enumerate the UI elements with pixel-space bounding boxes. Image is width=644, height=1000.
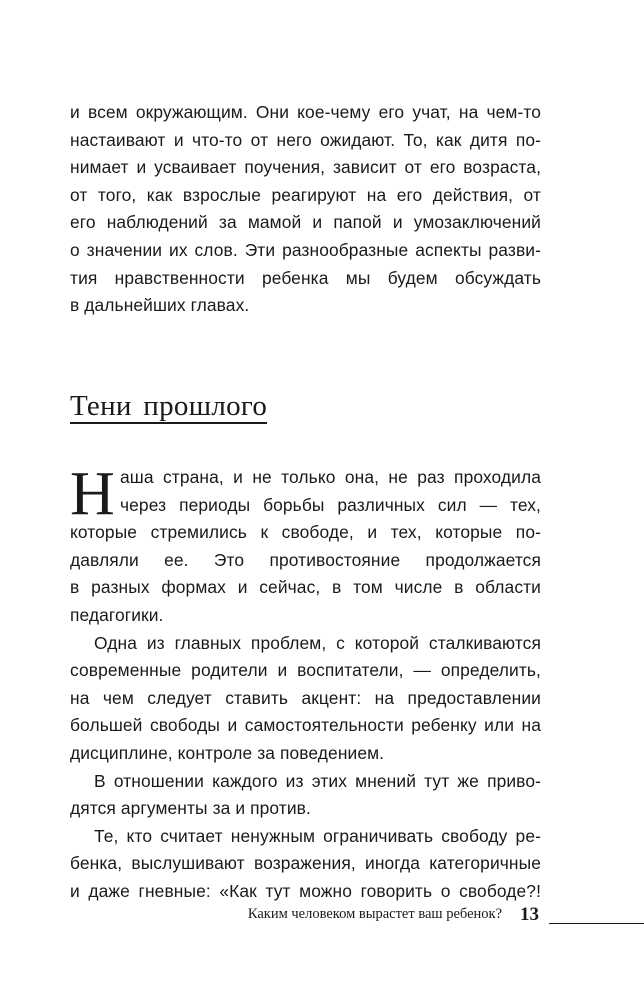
text-line: современные родители и воспитатели, — оп… (70, 657, 541, 685)
text-line: Одна из главных проблем, с которой сталк… (70, 630, 541, 658)
book-page: и всем окружающим. Они кое-чему его учат… (0, 0, 644, 1000)
paragraph-2: Одна из главных проблем, с которой сталк… (70, 630, 541, 768)
page-footer: Каким человеком вырастет ваш ребенок? 13 (0, 904, 644, 928)
text-line: аша страна, и не только она, не раз прох… (70, 464, 541, 492)
section-body: аша страна, и не только она, не раз прох… (70, 464, 541, 906)
text-line: нимает и усваивает поучения, зависит от … (70, 154, 541, 182)
text-line: тия нравственности ребенка мы будем обсу… (70, 265, 541, 293)
text-line: и всем окружающим. Они кое-чему его учат… (70, 99, 541, 127)
page-number: 13 (520, 904, 539, 926)
text-line: дисциплине, контроле за поведением. (70, 740, 541, 768)
paragraph-4: Те, кто считает ненужным ограничивать св… (70, 823, 541, 906)
text-line: в дальнейших главах. (70, 292, 541, 320)
text-line: бенка, выслушивают возражения, иногда ка… (70, 850, 541, 878)
text-line: дятся аргументы за и против. (70, 795, 541, 823)
text-line: настаивают и что-то от него ожидают. То,… (70, 127, 541, 155)
section-heading: Тени прошлого (70, 388, 267, 424)
text-line: от того, как взрослые реагируют на его д… (70, 182, 541, 210)
text-line: давляли ее. Это противостояние продолжае… (70, 547, 541, 575)
paragraph-3: В отношении каждого из этих мнений тут ж… (70, 768, 541, 823)
text-line: о значении их слов. Эти разнообразные ас… (70, 237, 541, 265)
text-line: которые стремились к свободе, и тех, кот… (70, 519, 541, 547)
text-line: через периоды борьбы различных сил — тех… (70, 492, 541, 520)
text-line: Те, кто считает ненужным ограничивать св… (70, 823, 541, 851)
text-line: педагогики. (70, 602, 541, 630)
text-line: В отношении каждого из этих мнений тут ж… (70, 768, 541, 796)
paragraph-1: аша страна, и не только она, не раз прох… (70, 464, 541, 630)
continued-paragraph: и всем окружающим. Они кое-чему его учат… (70, 99, 541, 320)
text-line: его наблюдений за мамой и папой и умозак… (70, 209, 541, 237)
running-title: Каким человеком вырастет ваш ребенок? (248, 906, 502, 923)
section-heading-text: Тени прошлого (70, 390, 267, 424)
text-line: в разных формах и сейчас, в том числе в … (70, 574, 541, 602)
text-line: большей свободы и самостоятельности ребе… (70, 712, 541, 740)
text-line: и даже гневные: «Как тут можно говорить … (70, 878, 541, 906)
text-line: на чем следует ставить акцент: на предос… (70, 685, 541, 713)
footer-rule (549, 923, 644, 924)
